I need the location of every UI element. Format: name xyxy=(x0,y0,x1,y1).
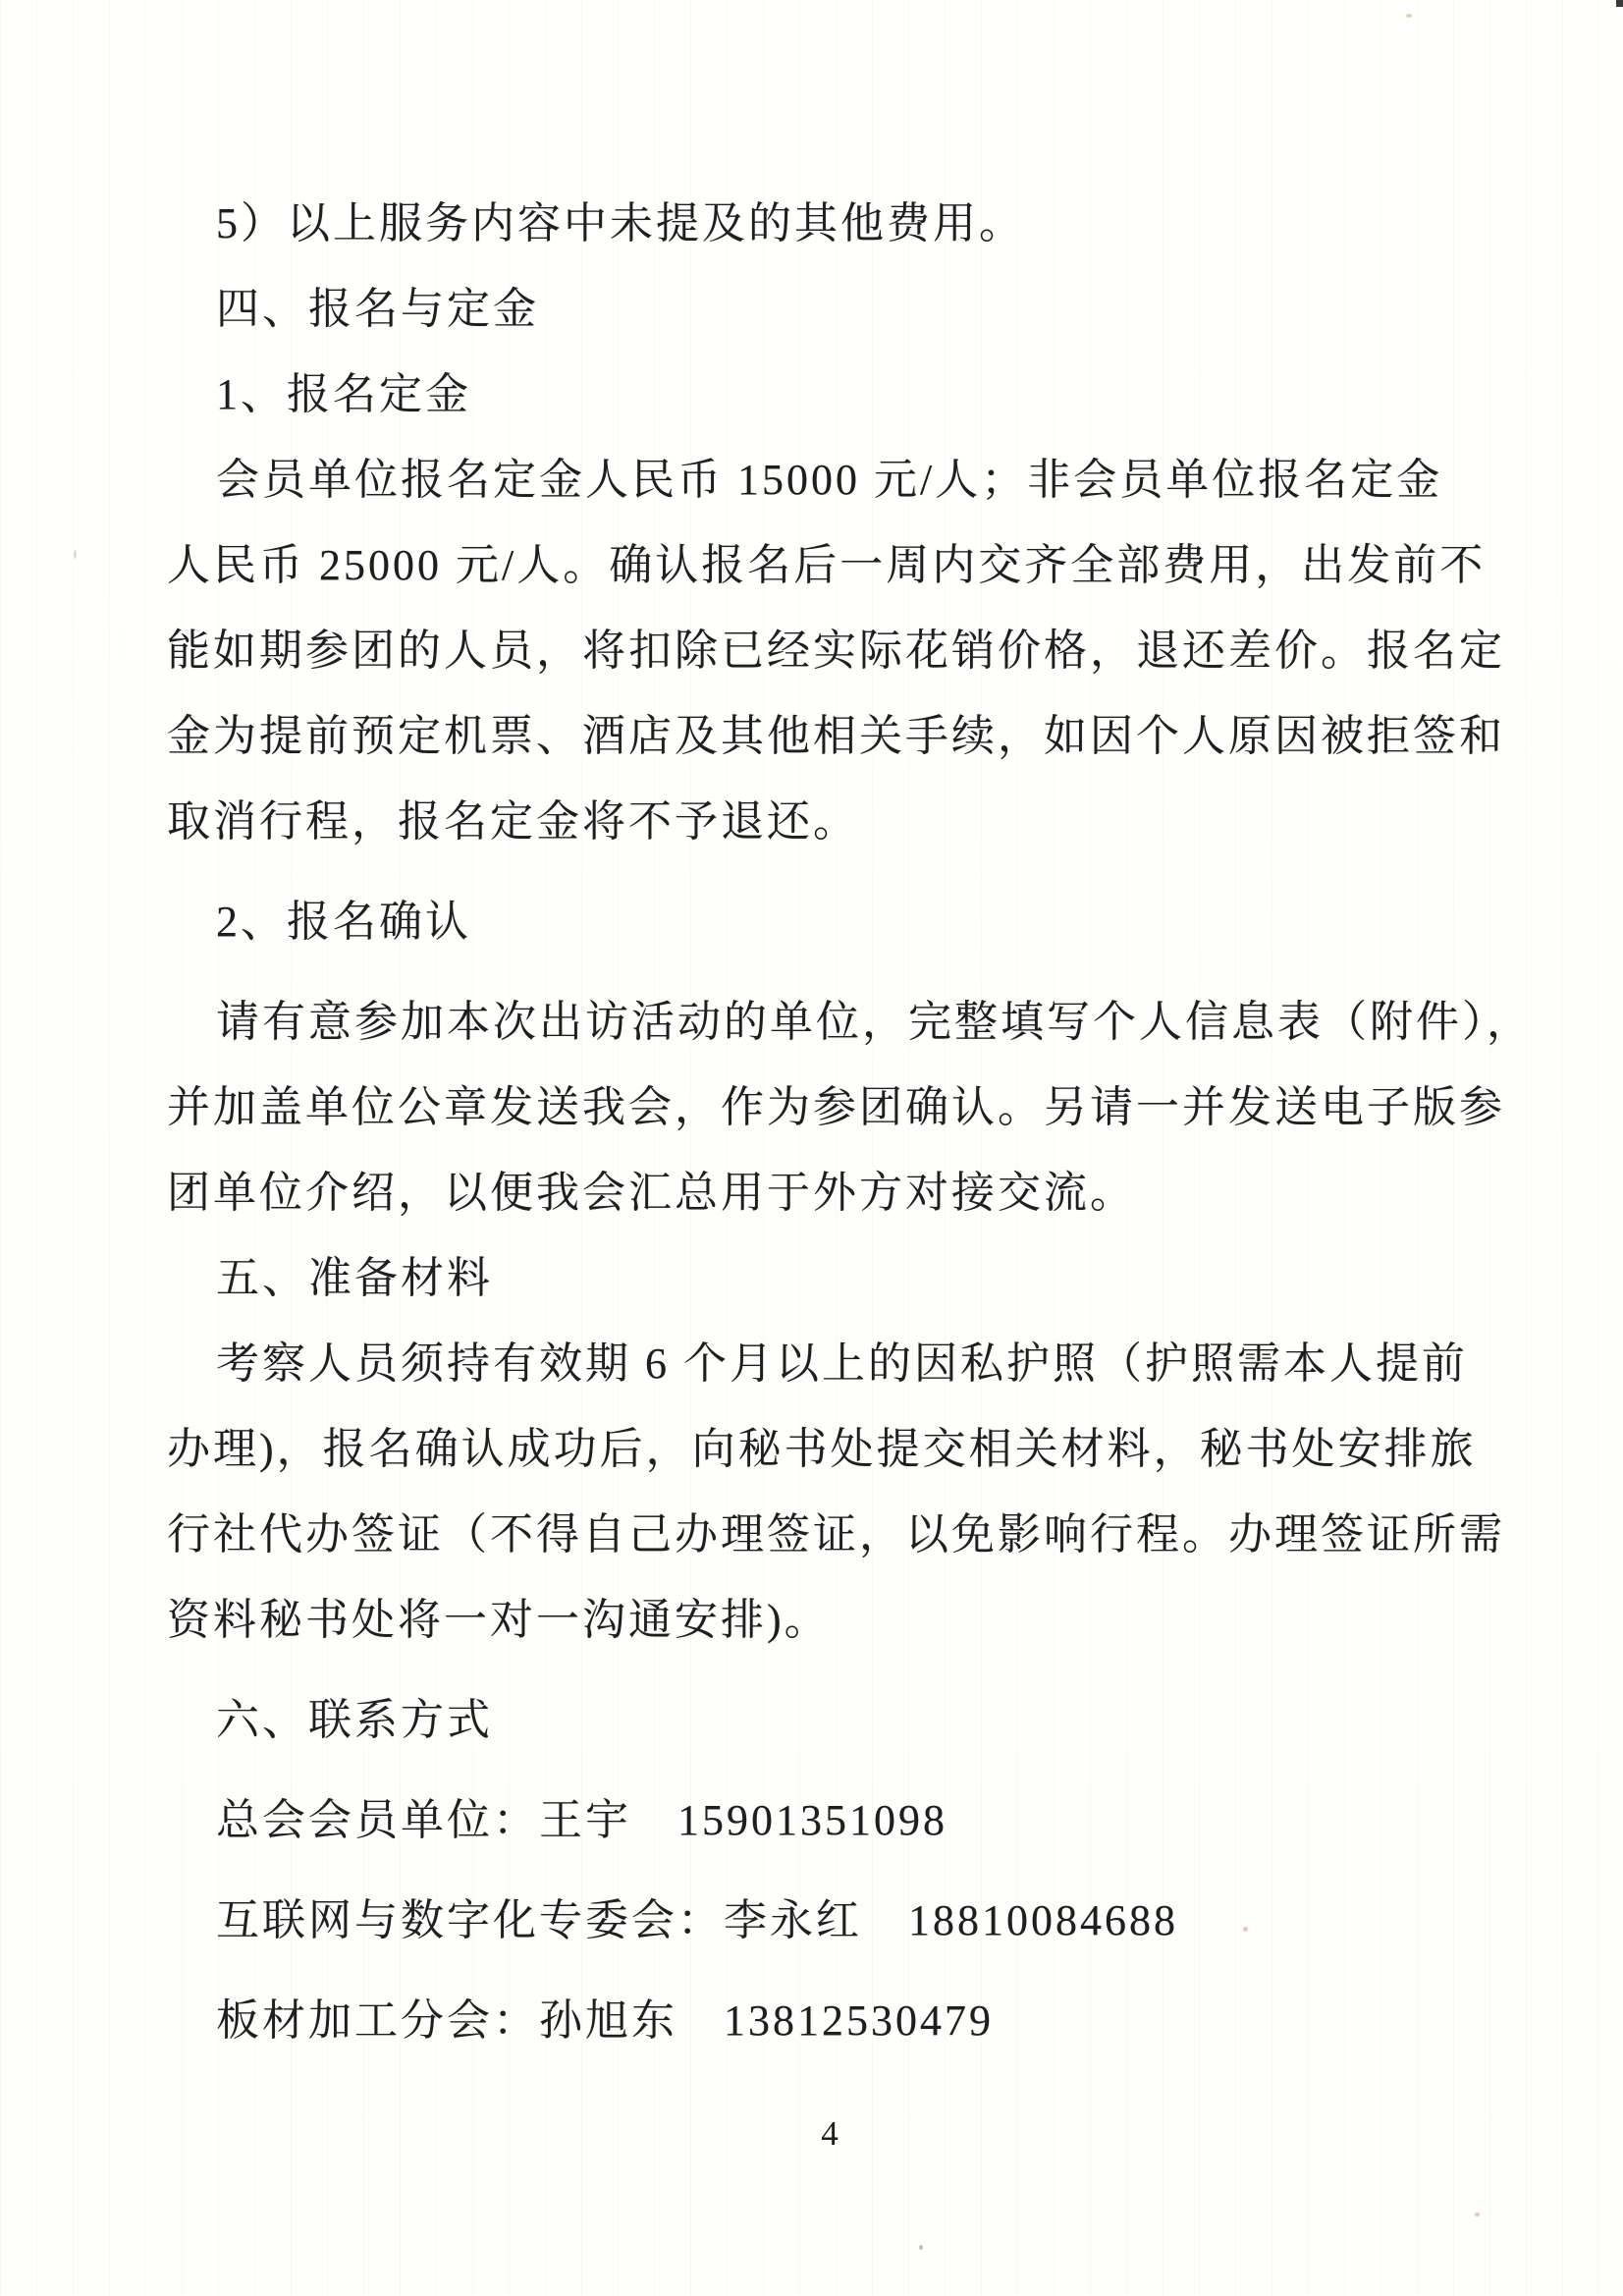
text-line: 互联网与数字化专委会：李永红 18810084688 xyxy=(167,1878,1473,1963)
text-line: 5）以上服务内容中未提及的其他费用。 xyxy=(167,181,1473,266)
text-line: 请有意参加本次出访活动的单位，完整填写个人信息表（附件）， xyxy=(167,979,1473,1065)
scan-speck xyxy=(1243,1927,1248,1932)
text-line: 五、准备材料 xyxy=(167,1235,1473,1321)
scan-speck xyxy=(1475,2213,1480,2216)
text-line: 总会会员单位：王宇 15901351098 xyxy=(167,1777,1473,1863)
text-line: 取消行程，报名定金将不予退还。 xyxy=(167,779,1473,864)
text-line: 并加盖单位公章发送我会，作为参团确认。另请一并发送电子版参 xyxy=(167,1065,1473,1150)
scan-speck xyxy=(74,550,77,559)
scan-corner-artifact xyxy=(1616,0,1623,7)
text-line: 能如期参团的人员，将扣除已经实际花销价格，退还差价。报名定 xyxy=(167,608,1473,693)
scan-speck xyxy=(919,2245,923,2250)
text-line: 团单位介绍，以便我会汇总用于外方对接交流。 xyxy=(167,1150,1473,1235)
document-page: 5）以上服务内容中未提及的其他费用。四、报名与定金1、报名定金会员单位报名定金人… xyxy=(0,0,1623,2296)
text-line: 六、联系方式 xyxy=(167,1677,1473,1763)
text-line: 金为提前预定机票、酒店及其他相关手续，如因个人原因被拒签和 xyxy=(167,693,1473,779)
text-line: 1、报名定金 xyxy=(167,352,1473,437)
text-line: 会员单位报名定金人民币 15000 元/人；非会员单位报名定金 xyxy=(167,437,1473,522)
text-line: 人民币 25000 元/人。确认报名后一周内交齐全部费用，出发前不 xyxy=(167,522,1473,608)
text-line: 2、报名确认 xyxy=(167,879,1473,964)
text-line: 办理)，报名确认成功后，向秘书处提交相关材料，秘书处安排旅 xyxy=(167,1406,1473,1492)
text-line: 四、报名与定金 xyxy=(167,266,1473,352)
text-line: 板材加工分会：孙旭东 13812530479 xyxy=(167,1978,1473,2063)
scan-speck xyxy=(1406,14,1412,18)
page-number: 4 xyxy=(821,2111,839,2157)
document-body: 5）以上服务内容中未提及的其他费用。四、报名与定金1、报名定金会员单位报名定金人… xyxy=(167,181,1473,2063)
text-line: 行社代办签证（不得自己办理签证，以免影响行程。办理签证所需 xyxy=(167,1492,1473,1577)
text-line: 资料秘书处将一对一沟通安排)。 xyxy=(167,1577,1473,1663)
text-line: 考察人员须持有效期 6 个月以上的因私护照（护照需本人提前 xyxy=(167,1321,1473,1406)
